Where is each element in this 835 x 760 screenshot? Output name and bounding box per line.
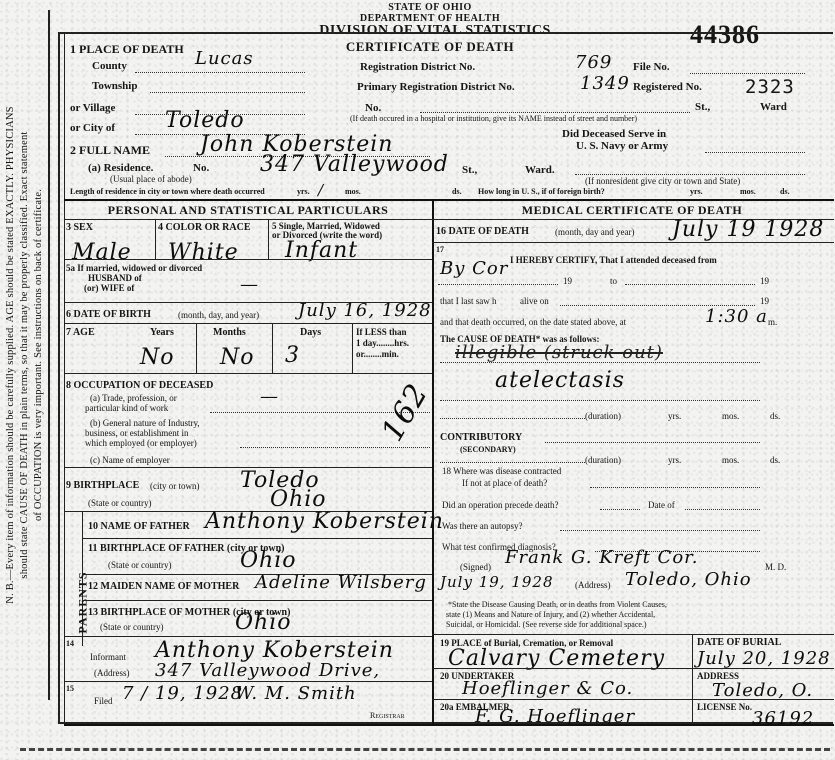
to-date-line	[625, 284, 755, 285]
residence-no-label: No.	[193, 162, 209, 174]
township-line	[150, 92, 305, 93]
spouse-value[interactable]: —	[240, 274, 259, 295]
registrar-label: Registrar	[370, 711, 405, 720]
m-label: m.	[768, 317, 777, 327]
dod-row-bottom	[432, 242, 834, 243]
duration-line-1	[440, 418, 585, 419]
county-line	[135, 72, 305, 73]
secondary-label: (SECONDARY)	[460, 445, 516, 454]
medical-section-title: MEDICAL CERTIFICATE OF DEATH	[432, 203, 832, 218]
father-birthplace-value[interactable]: Ohio	[240, 548, 297, 573]
cause-line-1	[440, 362, 760, 363]
residence-value[interactable]: 347 Valleywood	[260, 152, 449, 177]
undertaker-value[interactable]: Hoeflinger & Co.	[462, 678, 633, 699]
birthplace-sublabel: (city or town)	[150, 481, 200, 491]
occupation-b-line1: (b) General nature of Industry,	[90, 418, 200, 428]
occupation-b-line	[240, 447, 430, 448]
informant-row-bottom	[64, 681, 432, 682]
sex-value[interactable]: Male	[72, 240, 132, 265]
signed-label: (Signed)	[460, 562, 491, 572]
street-st-label: St.,	[695, 101, 710, 113]
burial-date-value[interactable]: July 20, 1928	[697, 648, 831, 669]
instruction-line-2: should state CAUSE OF DEATH in plain ter…	[18, 15, 32, 695]
dob-label: 6 DATE OF BIRTH	[66, 309, 151, 320]
mother-maiden-label: 12 MAIDEN NAME OF MOTHER	[88, 581, 239, 592]
occupation-c-label: (c) Name of employer	[90, 455, 170, 465]
cause-struck-out: illegible (struck out)	[455, 342, 663, 363]
sex-race-divider	[155, 219, 156, 259]
foreign-mos-label: mos.	[740, 187, 756, 196]
township-label: Township	[92, 80, 137, 92]
date-of-death-sublabel: (month, day and year)	[555, 227, 634, 237]
filed-value[interactable]: 7 / 19, 1928	[122, 683, 243, 704]
where-contracted-label-1: 18 Where was disease contracted	[442, 466, 561, 476]
duration-yrs-2: yrs.	[668, 455, 681, 465]
county-value[interactable]: Lucas	[195, 48, 254, 69]
navy-label-2: U. S. Navy or Army	[576, 140, 668, 152]
undertaker-address-value[interactable]: Toledo, O.	[712, 680, 813, 701]
length-yrs-label: yrs.	[297, 187, 310, 196]
instruction-line-3: of OCCUPATION is very important. See ins…	[32, 15, 46, 695]
days-label: Days	[300, 327, 321, 338]
filed-number: 15	[66, 684, 74, 693]
less-than-label-1: If LESS than	[356, 327, 407, 337]
spouse-label-2: HUSBAND of	[88, 273, 142, 283]
time-of-death-value[interactable]: 1:30 a	[705, 306, 768, 327]
last-19: 19	[760, 296, 769, 306]
contributory-label: CONTRIBUTORY	[440, 432, 522, 443]
county-label: County	[92, 60, 127, 72]
autopsy-label: Was there an autopsy?	[442, 521, 523, 531]
duration-label-1: (duration)	[585, 411, 621, 421]
md-label: M. D.	[765, 562, 786, 572]
to-19: 19	[760, 276, 769, 286]
sex-label: 3 SEX	[66, 222, 93, 233]
sex-row-bottom	[64, 259, 432, 260]
occupation-a-line1: (a) Trade, profession, or	[90, 393, 177, 403]
certify-number: 17	[436, 245, 444, 254]
hospital-note: (If death occured in a hospital or insti…	[350, 114, 637, 123]
occupation-b-line3: which employed (or employer)	[85, 438, 197, 448]
spouse-label-3: (or) WIFE of	[84, 283, 134, 293]
father-name-label: 10 NAME OF FATHER	[88, 521, 190, 532]
personal-title-underline	[64, 219, 432, 220]
duration-line-2	[440, 462, 585, 463]
last-saw-label: that I last saw h	[440, 296, 497, 306]
instruction-line-1: N. B.—Every item of information should b…	[4, 15, 18, 695]
autopsy-line	[560, 530, 760, 531]
medical-address-label: (Address)	[575, 580, 611, 590]
days-less-divider	[352, 323, 353, 373]
operation-line	[600, 509, 640, 510]
where-contracted-label-2: If not at place of death?	[462, 478, 547, 488]
father-name-value[interactable]: Anthony Koberstein	[205, 509, 444, 534]
nonresident-line	[575, 174, 805, 175]
registered-no-label: Registered No.	[633, 81, 702, 93]
dob-value[interactable]: July 16, 1928	[298, 300, 432, 321]
ward-label: Ward	[760, 101, 787, 113]
years-value[interactable]: No	[140, 345, 175, 370]
medical-bottom	[432, 634, 834, 635]
informant-label: Informant	[90, 652, 126, 662]
race-value[interactable]: White	[168, 240, 239, 265]
race-label: 4 COLOR OR RACE	[158, 222, 251, 233]
foreign-yrs-label: yrs.	[690, 187, 703, 196]
less-than-label-2: 1 day........hrs.	[356, 338, 409, 348]
mother-birthplace-state-label: (State or country)	[100, 622, 163, 632]
registration-district-value[interactable]: 769	[575, 52, 612, 73]
signed-date-value[interactable]: July 19, 1928	[440, 573, 554, 591]
occupation-a-value[interactable]: —	[260, 386, 279, 407]
where-contracted-line	[590, 487, 760, 488]
length-residence-label: Length of residence in city or town wher…	[70, 187, 265, 196]
death-certificate-document: N. B.—Every item of information should b…	[0, 0, 835, 760]
file-no-line	[690, 73, 805, 74]
length-mos-label: mos.	[345, 187, 361, 196]
divider-main	[64, 199, 834, 201]
duration-mos-1: mos.	[722, 411, 739, 421]
registered-no-value[interactable]: 2323	[745, 76, 795, 98]
occupation-label: 8 OCCUPATION OF DECEASED	[66, 380, 213, 391]
city-value[interactable]: Toledo	[165, 108, 245, 133]
residence-ward-label: Ward.	[525, 164, 555, 176]
date-of-label: Date of	[648, 500, 675, 510]
dob-sublabel: (month, day, and year)	[178, 310, 259, 320]
months-value[interactable]: No	[220, 345, 255, 370]
alive-on-label: alive on	[520, 296, 549, 306]
burial-row-bottom	[432, 668, 834, 669]
operation-date-line	[685, 509, 760, 510]
spouse-label-1: 5a If married, widowed or divorced	[66, 263, 202, 273]
state-heading: STATE OF OHIO	[280, 2, 580, 13]
mother-bp-row-bottom	[64, 636, 432, 637]
footnote-line-2: state (1) Means and Nature of Injury, an…	[446, 610, 655, 619]
place-of-death-label: 1 PLACE OF DEATH	[70, 42, 184, 57]
medical-address-value[interactable]: Toledo, Ohio	[625, 569, 752, 590]
birthplace-label: 9 BIRTHPLACE	[66, 480, 139, 491]
navy-line	[705, 152, 805, 153]
abode-note: (Usual place of abode)	[110, 174, 192, 184]
residence-st-label: St.,	[462, 164, 477, 176]
registrar-signature[interactable]: W. M. Smith	[235, 683, 357, 704]
less-than-label-3: or........min.	[356, 349, 399, 359]
footnote-line-1: *State the Disease Causing Death, or in …	[448, 600, 667, 609]
license-label: LICENSE No.	[697, 702, 752, 712]
duration-ds-2: ds.	[770, 455, 780, 465]
duration-mos-2: mos.	[722, 455, 739, 465]
personal-section-title: PERSONAL AND STATISTICAL PARTICULARS	[64, 203, 432, 218]
primary-registration-value[interactable]: 1349	[580, 73, 630, 94]
date-of-death-value[interactable]: July 19 1928	[672, 217, 824, 242]
cause-line-2	[440, 400, 760, 401]
signed-value[interactable]: Frank G. Kreft Cor.	[505, 547, 699, 568]
death-occurred-label: and that death occurred, on the date sta…	[440, 317, 626, 327]
age-label: 7 AGE	[66, 327, 95, 338]
date-of-death-label: 16 DATE OF DEATH	[436, 226, 529, 237]
file-no-label: File No.	[633, 61, 670, 73]
days-value[interactable]: 3	[285, 343, 300, 368]
city-label: or City of	[70, 122, 115, 134]
foreign-birth-label: How long in U. S., if of foreign birth?	[478, 187, 605, 196]
cause-value[interactable]: atelectasis	[495, 368, 625, 393]
mother-row-bottom	[82, 600, 432, 601]
months-days-divider	[272, 323, 273, 373]
registration-district-label: Registration District No.	[360, 61, 475, 73]
age-row-bottom	[64, 373, 432, 374]
foreign-ds-label: ds.	[780, 187, 790, 196]
from-date-line	[438, 284, 558, 285]
inner-left-border	[64, 32, 65, 722]
years-label: Years	[150, 327, 174, 338]
primary-registration-label: Primary Registration District No.	[357, 81, 515, 93]
informant-address-label: (Address)	[94, 668, 130, 678]
duration-label-2: (duration)	[585, 455, 621, 465]
occupation-b-line2: business, or establishment in	[85, 428, 189, 438]
village-label: or Village	[70, 102, 115, 114]
to-label: to	[610, 276, 617, 286]
burial-date-divider	[692, 634, 693, 724]
residence-label: (a) Residence.	[88, 162, 153, 174]
navy-label-1: Did Deceased Serve in	[562, 128, 666, 140]
duration-yrs-1: yrs.	[668, 411, 681, 421]
informant-number: 14	[66, 639, 74, 648]
burial-date-label: DATE OF BURIAL	[697, 637, 781, 648]
certify-initials[interactable]: By Cor	[440, 258, 508, 279]
birthplace-state-label: (State or country)	[88, 498, 151, 508]
dob-row-bottom	[64, 323, 432, 324]
filed-label: Filed	[94, 696, 113, 706]
length-ds-label: ds.	[452, 187, 462, 196]
page-edge-line	[20, 748, 830, 751]
operation-label: Did an operation precede death?	[442, 500, 558, 510]
years-months-divider	[196, 323, 197, 373]
mother-maiden-value[interactable]: Adeline Wilsberg	[255, 572, 427, 593]
months-label: Months	[213, 327, 246, 338]
full-name-label: 2 FULL NAME	[70, 143, 150, 158]
father-birthplace-state-label: (State or country)	[108, 560, 171, 570]
column-divider	[432, 199, 434, 724]
undertaker-row-bottom	[432, 699, 834, 700]
length-residence-value[interactable]: /	[318, 181, 324, 199]
from-19: 19	[563, 276, 572, 286]
street-no-label: No.	[365, 102, 381, 114]
side-instructions: N. B.—Every item of information should b…	[2, 10, 50, 700]
contributory-line	[545, 442, 760, 443]
mother-birthplace-value[interactable]: Ohio	[235, 610, 292, 635]
father-row-bottom	[82, 538, 432, 539]
occupation-a-line2: particular kind of work	[85, 403, 168, 413]
street-line	[420, 112, 690, 113]
footnote-line-3: Suicidal, or Homicidal. (See reverse sid…	[446, 620, 647, 629]
duration-ds-1: ds.	[770, 411, 780, 421]
nonresident-note: (If nonresident give city or town and St…	[585, 176, 740, 186]
certify-text: I HEREBY CERTIFY, That I attended deceas…	[510, 255, 717, 265]
bottom-border	[64, 724, 834, 726]
informant-address-value[interactable]: 347 Valleywood Drive,	[155, 660, 380, 681]
race-marital-divider	[268, 219, 269, 259]
